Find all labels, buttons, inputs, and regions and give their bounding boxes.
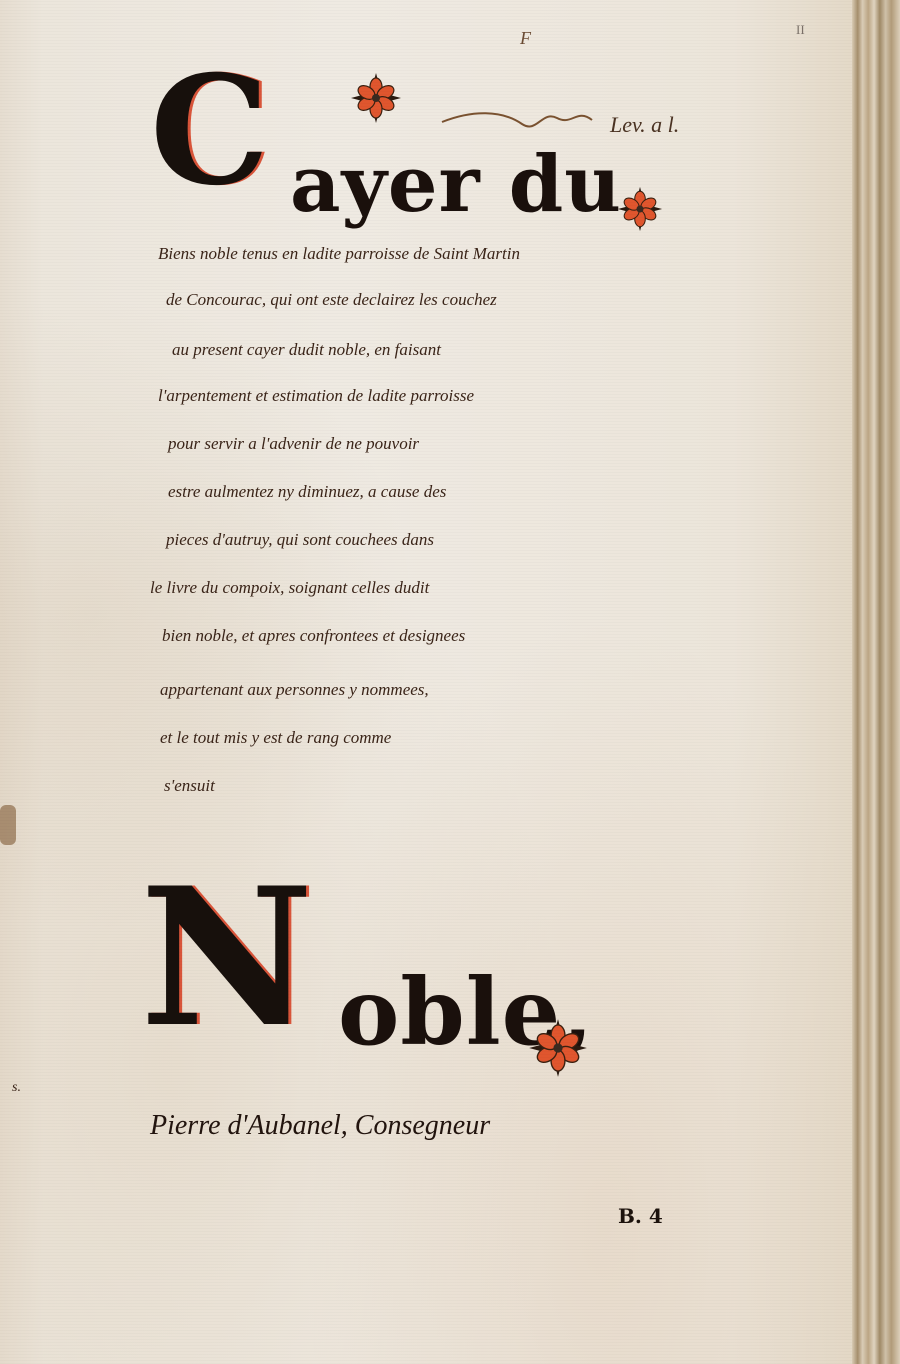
flourish-ornament [432,100,602,140]
text-line: s'ensuit [164,776,215,796]
text-line: appartenant aux personnes y nommees, [160,680,429,700]
owner-name: Pierre d'Aubanel, Consegneur [150,1110,490,1142]
text-line: au present cayer dudit noble, en faisant [172,340,441,360]
rosette-ornament-icon [617,186,663,232]
signature-mark: B. 4 [618,1204,663,1228]
top-small-mark: F [520,28,531,49]
text-line: et le tout mis y est de rang comme [160,728,391,748]
page-edge-binding [852,0,900,1364]
rosette-ornament-icon [528,1018,588,1078]
text-line: pour servir a l'advenir de ne pouvoir [168,434,419,454]
heading-title: ayer du [290,140,622,230]
margin-note: Lev. a l. [610,112,679,138]
decorated-initial-n: N [140,858,314,1058]
text-line: pieces d'autruy, qui sont couchees dans [166,530,434,550]
margin-mark: s. [12,1080,21,1096]
folio-number: II [796,22,805,38]
text-line: le livre du compoix, soignant celles dud… [150,578,429,598]
text-line: l'arpentement et estimation de ladite pa… [158,386,474,406]
text-line: de Concourac, qui ont este declairez les… [166,290,497,310]
rosette-ornament-icon [350,72,402,124]
text-line: Biens noble tenus en ladite parroisse de… [158,244,520,264]
text-line: estre aulmentez ny diminuez, a cause des [168,482,446,502]
stain [0,805,16,845]
manuscript-page: II F Lev. a l. C ayer du Biens noble ten… [0,0,862,1364]
decorated-initial-c: C [150,56,269,206]
text-line: bien noble, et apres confrontees et desi… [162,626,465,646]
